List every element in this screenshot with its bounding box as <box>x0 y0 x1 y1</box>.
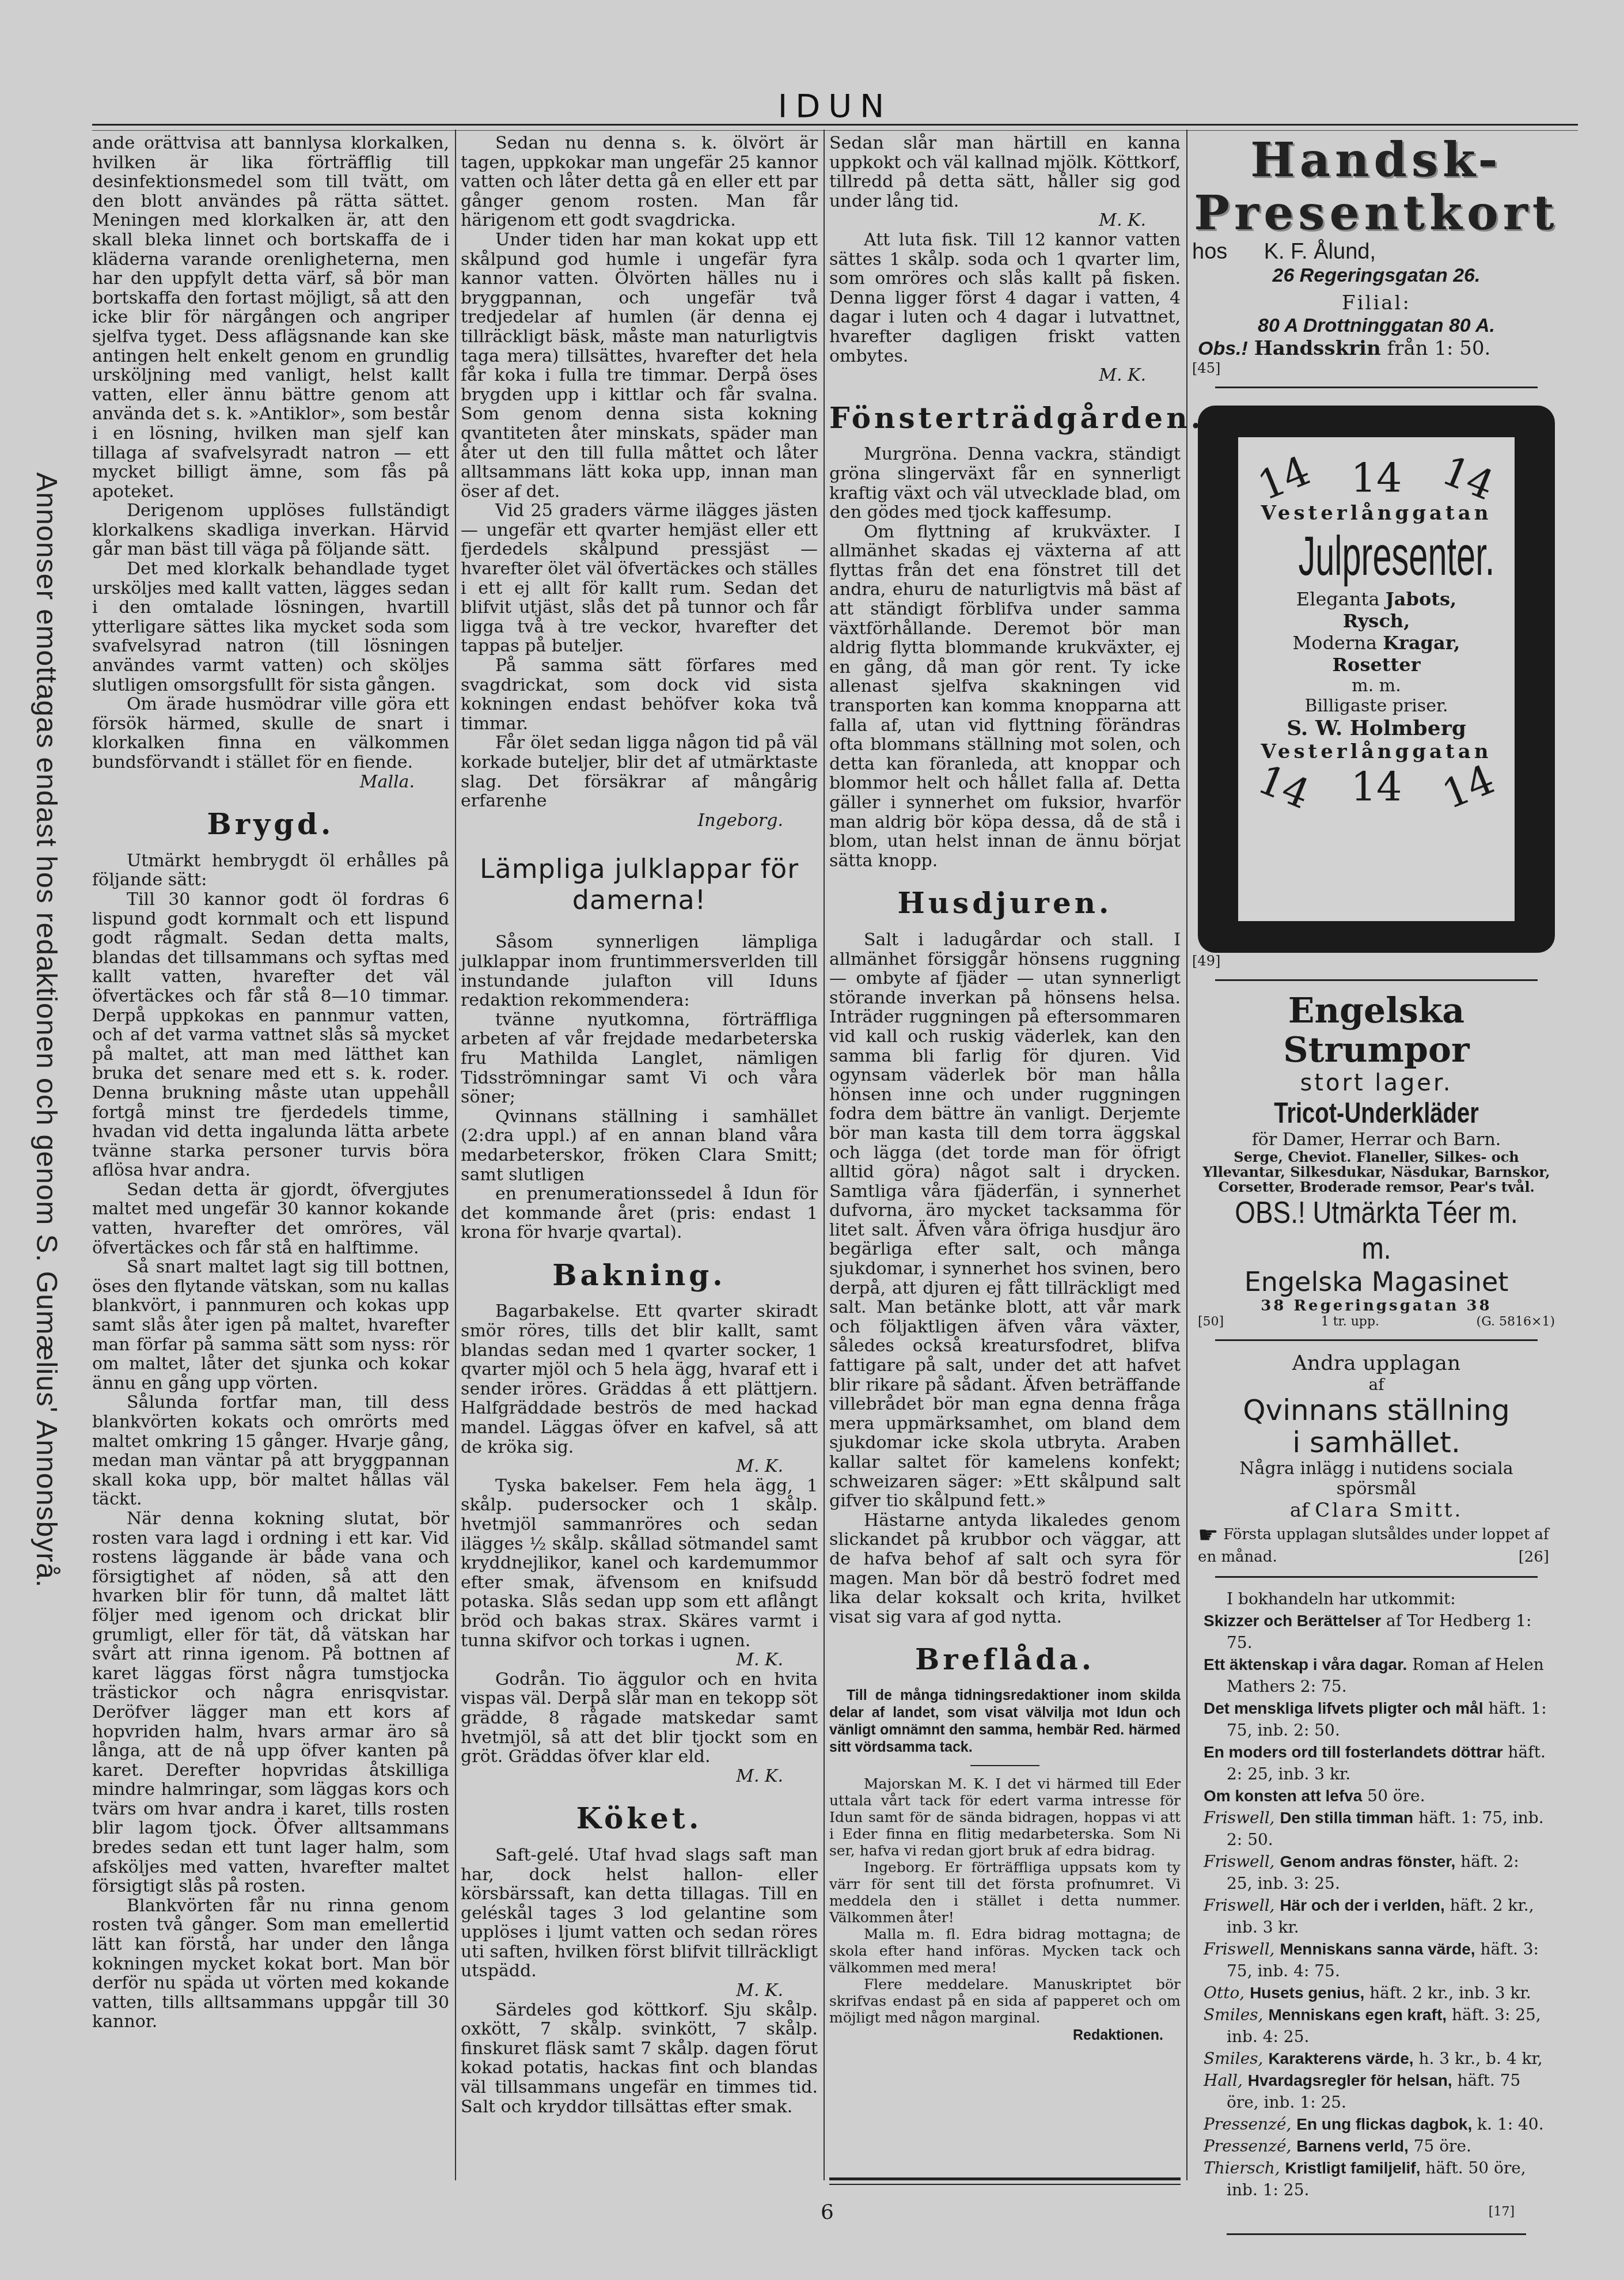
section-heading-bakning: Bakning. <box>461 1266 818 1285</box>
ad-engelska-magasinet: Engelska Strumpor stort lager. Tricot-Un… <box>1192 991 1561 1341</box>
ad-text: Obs.! <box>1198 338 1248 359</box>
ad-ref: [17] <box>1204 2201 1549 2223</box>
book-entry: Smiles, Menniskans egen kraft, häft. 3: … <box>1204 2004 1549 2048</box>
paragraph: Sedan detta är gjordt, öfvergjutes malte… <box>92 1180 449 1258</box>
ads-column: Handsk- Presentkort hos K. F. Ålund, 26 … <box>1192 134 1561 2245</box>
column-divider <box>824 130 825 2180</box>
column-1: ande orättvisa att bannlysa klorkalken, … <box>92 134 449 2032</box>
book-entry: Thiersch, Kristligt familjelif, häft. 50… <box>1204 2157 1549 2201</box>
section-heading-fonstertradgarden: Fönsterträdgården. <box>829 408 1181 428</box>
ad-julpresenter: 14 14 14 Vesterlånggatan Julpresenter. E… <box>1192 406 1561 981</box>
paragraph: Under tiden har man kokat upp ett skålpu… <box>461 230 818 501</box>
ad-text: Tricot-Underkläder <box>1229 1096 1524 1130</box>
ad-author: Clara Smitt. <box>1315 1499 1463 1522</box>
ad-text: Andra upplagan <box>1192 1351 1561 1375</box>
paragraph: Vid 25 graders värme ilägges jästen — un… <box>461 501 818 656</box>
letter: Flere meddelare. Manuskriptet bör skrifv… <box>829 1976 1181 2026</box>
signature: M. K. <box>461 1981 818 2001</box>
section-heading-koket: Köket. <box>461 1809 818 1828</box>
column-divider <box>455 130 456 2180</box>
paragraph: en prenumerationssedel å Idun för det ko… <box>461 1184 818 1243</box>
ad-text: Första upplagan slutsåldes under loppet … <box>1198 1526 1549 1566</box>
paragraph: Till 30 kannor godt öl fordras 6 lispund… <box>92 890 449 1180</box>
paragraph: Om flyttning af krukväxter. I allmänhet … <box>829 522 1181 871</box>
paragraph: Så snart maltet lagt sig till bottnen, ö… <box>92 1258 449 1393</box>
ad-title: Handsk- <box>1192 134 1561 187</box>
book-entry: Skizzer och Berättelser af Tor Hedberg 1… <box>1204 1610 1549 1654</box>
paragraph: Sålunda fortfar man, till dess blankvört… <box>92 1393 449 1509</box>
ad-text: m. m. <box>1238 676 1515 696</box>
ad-text: hos <box>1192 240 1227 264</box>
paragraph: Salt i ladugårdar och stall. I allmänhet… <box>829 930 1181 1511</box>
ad-text: OBS.! Utmärkta Téer m. m. <box>1220 1195 1533 1266</box>
scalloped-frame: 14 14 14 Vesterlånggatan Julpresenter. E… <box>1198 406 1555 953</box>
column-divider <box>1186 130 1187 2180</box>
ad-number: 14 <box>1251 755 1316 818</box>
paragraph: ande orättvisa att bannlysa klorkalken, … <box>92 134 449 501</box>
paragraph: tvänne nyutkomna, förträffliga arbeten a… <box>461 1010 818 1107</box>
paragraph: Blankvörten får nu rinna genom rosten tv… <box>92 1896 449 2032</box>
paragraph: Utmärkt hembrygdt öl erhålles på följand… <box>92 851 449 890</box>
divider <box>970 1765 1039 1766</box>
book-entry: Friswell, Här och der i verlden, häft. 2… <box>1204 1895 1549 1938</box>
ad-text: Rosetter <box>1238 654 1515 676</box>
ad-title: Qvinnans ställning <box>1192 1394 1561 1426</box>
paragraph: Murgröna. Denna vackra, ständigt gröna s… <box>829 445 1181 522</box>
ad-ref: [45] <box>1192 360 1561 376</box>
letter: Majorskan M. K. I det vi härmed till Ede… <box>829 1775 1181 1859</box>
ad-text: K. F. Ålund, <box>1264 240 1376 264</box>
book-entry: Hall, Hvardagsregler för helsan, häft. 7… <box>1204 2070 1549 2114</box>
ad-title: Engelska Strumpor <box>1192 991 1561 1070</box>
book-entry: Friswell, Menniskans sanna värde, häft. … <box>1204 1938 1549 1982</box>
signature: Ingeborg. <box>461 811 818 831</box>
pointing-hand-icon: ☛ <box>1198 1522 1219 1548</box>
side-strip-notice: Annonser emottagas endast hos redaktione… <box>12 472 63 1740</box>
ad-text: 1 tr. upp. <box>1321 1315 1379 1329</box>
paragraph: Hästarne antyda likaledes genom slickand… <box>829 1511 1181 1627</box>
section-heading-husdjuren: Husdjuren. <box>829 893 1181 913</box>
book-entry: Otto, Husets genius, häft. 2 kr., inb. 3… <box>1204 1982 1549 2004</box>
ad-text: från 1: 50. <box>1387 337 1491 360</box>
column-3: Sedan slår man härtill en kanna uppkokt … <box>829 134 1181 2046</box>
masthead-title: IDUN <box>778 88 893 125</box>
signature: Malla. <box>92 772 449 792</box>
ad-text: Eleganta <box>1296 588 1380 610</box>
breflada-signature: Redaktionen. <box>829 2026 1181 2046</box>
paragraph: Det med klorkalk behandlade tyget ursköl… <box>92 559 449 695</box>
book-entry: Friswell, Genom andras fönster, häft. 2:… <box>1204 1851 1549 1895</box>
divider <box>1227 2233 1526 2235</box>
signature: M. K. <box>461 1457 818 1476</box>
paragraph: Tyska bakelser. Fem hela ägg, 1 skålp. p… <box>461 1476 818 1650</box>
book-entry: Pressenzé, En ung flickas dagbok, k. 1: … <box>1204 2114 1549 2135</box>
ad-ref: [50] <box>1198 1315 1224 1329</box>
book-entry: Pressenzé, Barnens verld, 75 öre. <box>1204 2135 1549 2157</box>
ad-text: af <box>1192 1375 1561 1394</box>
book-entry: Smiles, Karakterens värde, h. 3 kr., b. … <box>1204 2048 1549 2070</box>
ad-text: Kragar, <box>1383 632 1460 654</box>
ad-title: Presentkort <box>1192 187 1561 240</box>
divider <box>1215 1576 1538 1578</box>
signature: M. K. <box>461 1767 818 1786</box>
ad-text: Moderna <box>1293 632 1377 654</box>
ad-address: 26 Regeringsgatan 26. <box>1192 264 1561 287</box>
ad-bokhandeln: I bokhandeln har utkommit: Skizzer och B… <box>1192 1588 1561 2235</box>
ad-ref: [26] <box>1519 1548 1561 1566</box>
paragraph: Sedan slår man härtill en kanna uppkokt … <box>829 134 1181 211</box>
masthead: IDUN <box>92 86 1578 127</box>
page-number: 6 <box>821 2201 834 2224</box>
ad-text: Rysch, <box>1238 610 1515 632</box>
ad-number: 14 <box>1350 763 1402 811</box>
signature: M. K. <box>461 1650 818 1670</box>
ad-text: för Damer, Herrar och Barn. <box>1192 1130 1561 1150</box>
book-entry: Ett äktenskap i våra dagar. Roman af Hel… <box>1204 1654 1549 1698</box>
paragraph: Såsom synnerligen lämpliga julklappar in… <box>461 933 818 1010</box>
ad-number: 14 <box>1436 446 1501 509</box>
ad-text: stort lager. <box>1192 1070 1561 1096</box>
ad-title: Engelska Magasinet <box>1192 1266 1561 1297</box>
ad-handsk-presentkort: Handsk- Presentkort hos K. F. Ålund, 26 … <box>1192 134 1561 388</box>
paragraph: Qvinnans ställning i samhället (2:dra up… <box>461 1107 818 1184</box>
book-entry: Friswell, Den stilla timman häft. 1: 75,… <box>1204 1807 1549 1851</box>
ad-text: Billigaste priser. <box>1238 696 1515 716</box>
ad-text: Jabots, <box>1386 588 1457 610</box>
ad-text: af <box>1290 1499 1309 1522</box>
paragraph: På samma sätt förfares med svagdrickat, … <box>461 656 818 733</box>
section-heading-breflada: Breflåda. <box>829 1650 1181 1669</box>
signature: M. K. <box>829 366 1181 385</box>
ad-number: 14 <box>1251 446 1316 509</box>
ad-number: 14 <box>1436 755 1501 818</box>
letter: Malla m. fl. Edra bidrag mottagna; de sk… <box>829 1926 1181 1976</box>
ad-text: Filial: <box>1192 291 1561 315</box>
section-heading-julklappar: Lämpliga julklappar för damerna! <box>461 853 818 915</box>
ad-text: Några inlägg i nutidens sociala spörsmål <box>1192 1459 1561 1499</box>
paragraph: När denna kokning slutat, bör rosten var… <box>92 1509 449 1896</box>
letter: Ingeborg. Er förträffliga uppsats kom ty… <box>829 1859 1181 1926</box>
ad-owner: S. W. Holmberg <box>1238 716 1515 740</box>
ad-address: 38 Regeringsgatan 38 <box>1192 1297 1561 1315</box>
book-entry: En moders ord till fosterlandets döttrar… <box>1204 1741 1549 1785</box>
paragraph: Bagarbakelse. Ett qvarter skiradt smör r… <box>461 1302 818 1457</box>
masthead-rule <box>92 124 1578 131</box>
paragraph: Särdeles god köttkorf. Sju skålp. oxkött… <box>461 2001 818 2117</box>
ad-qvinnans-stallning: Andra upplagan af Qvinnans ställning i s… <box>1192 1351 1561 1578</box>
ad-number: 14 <box>1350 455 1402 502</box>
ad-ref: [49] <box>1192 953 1561 969</box>
column-2: Sedan nu denna s. k. ölvört är tagen, up… <box>461 134 818 2116</box>
ad-title: i samhället. <box>1192 1426 1561 1459</box>
signature: M. K. <box>829 211 1181 230</box>
bottom-rule <box>829 2177 1181 2185</box>
paragraph: Saft-gelé. Utaf hvad slags saft man har,… <box>461 1846 818 1981</box>
paragraph: Derigenom upplöses fullständigt klorkalk… <box>92 501 449 559</box>
divider <box>1215 387 1538 388</box>
ad-text: (G. 5816×1) <box>1477 1315 1555 1329</box>
breflada-intro: Till de många tidningsredaktioner inom s… <box>829 1687 1181 1756</box>
ad-headline: Julpresenter. <box>1298 525 1494 588</box>
section-heading-brygd: Brygd. <box>92 815 449 834</box>
paragraph: Godrån. Tio äggulor och en hvita vispas … <box>461 1670 818 1767</box>
ad-text: I bokhandeln har utkommit: <box>1204 1588 1549 1610</box>
paragraph: Får ölet sedan ligga någon tid på väl ko… <box>461 733 818 811</box>
book-entry: Det menskliga lifvets pligter och mål hä… <box>1204 1698 1549 1741</box>
paragraph: Om ärade husmödrar ville göra ett försök… <box>92 695 449 772</box>
book-entry: Om konsten att lefva 50 öre. <box>1204 1785 1549 1807</box>
divider <box>1215 979 1538 981</box>
divider <box>1215 1339 1538 1341</box>
ad-text: Handsskrin <box>1254 337 1381 360</box>
ad-text: Serge, Cheviot. Flaneller, Silkes- och Y… <box>1192 1150 1561 1195</box>
paragraph: Sedan nu denna s. k. ölvört är tagen, up… <box>461 134 818 230</box>
paragraph: Att luta fisk. Till 12 kannor vatten sät… <box>829 230 1181 366</box>
ad-address: 80 A Drottninggatan 80 A. <box>1192 315 1561 337</box>
